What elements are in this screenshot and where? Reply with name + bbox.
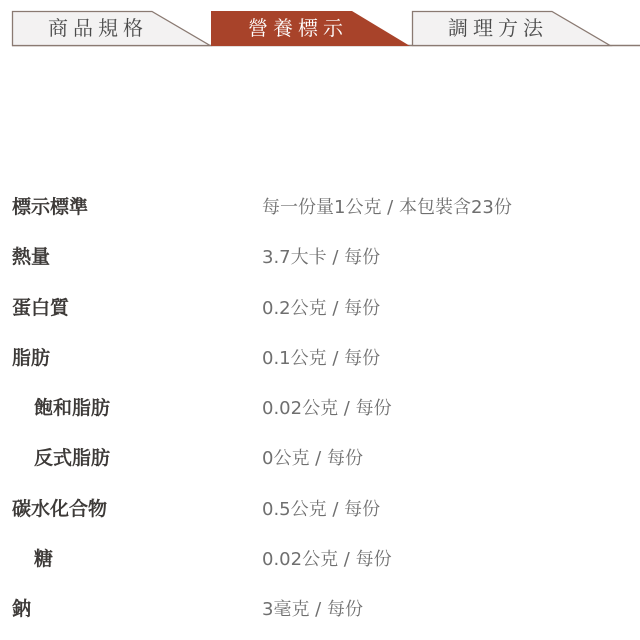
nutrition-row-sodium: 鈉 3毫克 / 每份 [0,582,640,632]
nutrient-name: 鈉 [12,594,31,621]
nutrition-row-carbohydrate: 碳水化合物 0.5公克 / 每份 [0,482,640,532]
tab-bar: 商品規格 營養標示 調理方法 [0,0,640,50]
nutrient-name: 熱量 [12,242,50,269]
nutrition-row-protein: 蛋白質 0.2公克 / 每份 [0,281,640,331]
tab-nutrition-facts[interactable]: 營養標示 [218,12,378,44]
nutrition-row-saturated-fat: 飽和脂肪 0.02公克 / 每份 [0,381,640,431]
nutrient-name: 飽和脂肪 [34,393,110,420]
nutrient-value: 3毫克 / 每份 [262,595,363,621]
nutrition-row-fat: 脂肪 0.1公克 / 每份 [0,331,640,381]
nutrition-row-serving: 標示標準 每一份量1公克 / 本包裝含23份 [0,180,640,230]
nutrient-name: 碳水化合物 [12,494,107,521]
nutrient-value: 0.2公克 / 每份 [262,294,380,320]
nutrition-row-calories: 熱量 3.7大卡 / 每份 [0,230,640,280]
nutrient-value: 0.02公克 / 每份 [262,394,392,420]
nutrition-row-sugar: 糖 0.02公克 / 每份 [0,532,640,582]
tab-cooking-method[interactable]: 調理方法 [418,12,578,44]
nutrient-value: 每一份量1公克 / 本包裝含23份 [262,193,512,219]
nutrition-row-trans-fat: 反式脂肪 0公克 / 每份 [0,431,640,481]
nutrient-name: 反式脂肪 [34,443,110,470]
nutrient-name: 糖 [34,544,53,571]
nutrient-name: 脂肪 [12,343,50,370]
nutrient-value: 0公克 / 每份 [262,444,363,470]
tab-product-specs[interactable]: 商品規格 [18,12,178,44]
nutrient-value: 3.7大卡 / 每份 [262,243,380,269]
nutrient-value: 0.5公克 / 每份 [262,495,380,521]
nutrient-name: 標示標準 [12,192,88,219]
nutrient-name: 蛋白質 [12,293,69,320]
nutrition-table: 標示標準 每一份量1公克 / 本包裝含23份 熱量 3.7大卡 / 每份 蛋白質… [0,180,640,633]
nutrient-value: 0.1公克 / 每份 [262,344,380,370]
nutrient-value: 0.02公克 / 每份 [262,545,392,571]
